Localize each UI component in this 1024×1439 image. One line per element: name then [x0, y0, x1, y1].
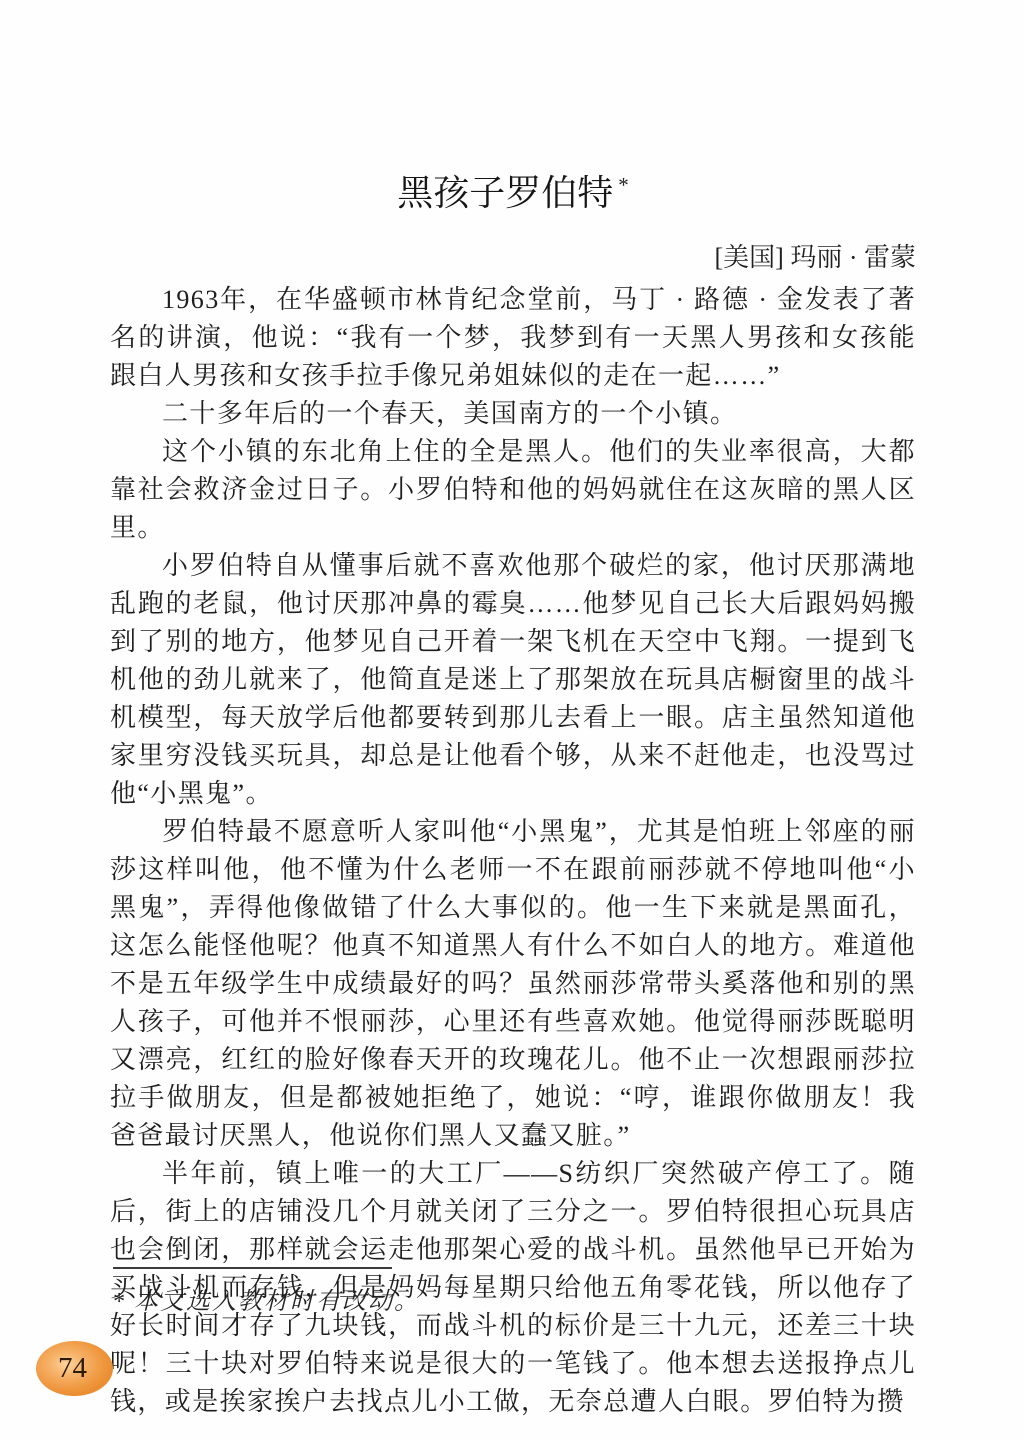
paragraph: 小罗伯特自从懂事后就不喜欢他那个破烂的家，他讨厌那满地乱跑的老鼠，他讨厌那冲鼻的… — [110, 547, 916, 813]
page-number: 74 — [58, 1352, 87, 1385]
footnote-text: * 本文选入教材时有改动。 — [112, 1286, 812, 1318]
article-title: 黑孩子罗伯特 — [397, 173, 613, 213]
textbook-page: 黑孩子罗伯特* [美国] 玛丽 · 雷蒙 1963年，在华盛顿市林肯纪念堂前，马… — [0, 0, 1024, 1439]
footnote-divider — [113, 1267, 392, 1269]
article-body: 1963年，在华盛顿市林肯纪念堂前，马丁 · 路德 · 金发表了著名的讲演，他说… — [110, 281, 916, 1421]
author-byline: [美国] 玛丽 · 雷蒙 — [110, 243, 916, 273]
paragraph: 罗伯特最不愿意听人家叫他“小黑鬼”，尤其是怕班上邻座的丽莎这样叫他，他不懂为什么… — [110, 813, 916, 1155]
paragraph: 二十多年后的一个春天，美国南方的一个小镇。 — [110, 395, 916, 433]
paragraph: 1963年，在华盛顿市林肯纪念堂前，马丁 · 路德 · 金发表了著名的讲演，他说… — [110, 281, 916, 395]
paragraph: 这个小镇的东北角上住的全是黑人。他们的失业率很高，大都靠社会救济金过日子。小罗伯… — [110, 433, 916, 547]
title-footnote-marker: * — [618, 173, 629, 197]
page-number-badge: 74 — [36, 1341, 113, 1396]
page-title: 黑孩子罗伯特* — [110, 164, 916, 214]
